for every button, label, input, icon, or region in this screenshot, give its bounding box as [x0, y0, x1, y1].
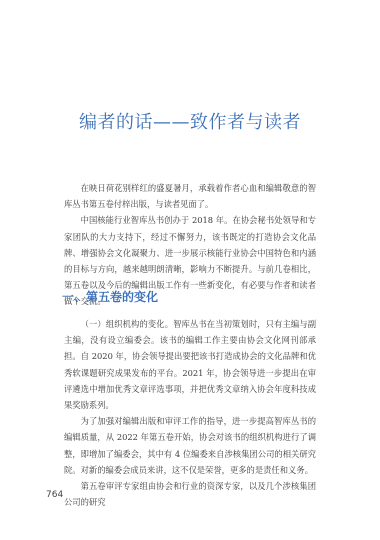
- section-heading: 一、第五卷的变化: [62, 288, 158, 305]
- paragraph: 第五卷审评专家组由协会和行业的资深专家，以及几个涉核集团公司的研究: [64, 478, 316, 510]
- paragraph: （一）组织机构的变化。智库丛书在当初策划时，只有主编与副主编，没有设立编委会。该…: [64, 316, 316, 413]
- paragraph: 为了加强对编辑出版和审评工作的指导，进一步提高智库丛书的编辑质量，从 2022 …: [64, 413, 316, 478]
- page-number: 764: [46, 490, 63, 500]
- paragraph: 在映日荷花别样红的盛夏暑月，承载着作者心血和编辑敬意的智库丛书第五卷付梓出版，与…: [64, 180, 316, 212]
- section-text: （一）组织机构的变化。智库丛书在当初策划时，只有主编与副主编，没有设立编委会。该…: [64, 316, 316, 510]
- page-title: 编者的话——致作者与读者: [0, 108, 380, 134]
